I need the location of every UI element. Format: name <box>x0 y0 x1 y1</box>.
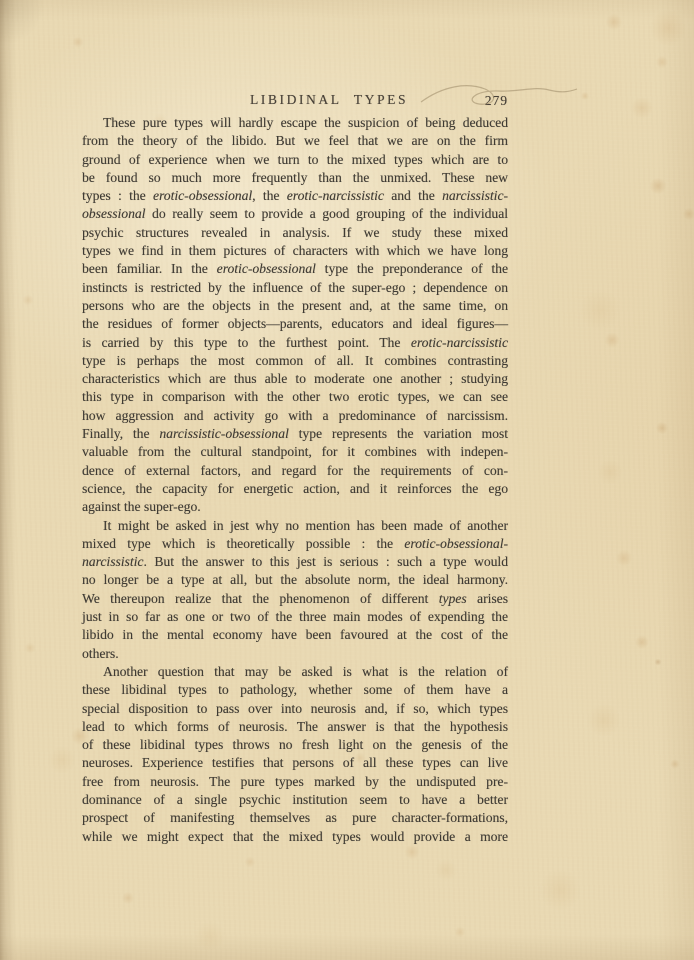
body-text: type the preponderance of the <box>316 261 508 276</box>
text-line: type is perhaps the most common of all. … <box>82 352 508 370</box>
text-line: narcissistic. But the answer to this jes… <box>82 553 508 571</box>
text-line: persons who are the objects in the prese… <box>82 297 508 315</box>
text-line: Another question that may be asked is wh… <box>82 663 508 681</box>
text-line: these libidinal types to pathology, whet… <box>82 681 508 699</box>
running-head: LIBIDINAL TYPES <box>116 92 542 108</box>
text-line: prospect of manifesting themselves as pu… <box>82 809 508 827</box>
body-text: is carried by this type to the furthest … <box>82 335 411 350</box>
text-line: It might be asked in jest why no mention… <box>82 517 508 535</box>
text-line: others. <box>82 645 508 663</box>
italic-text: erotic-obsessional- <box>404 536 508 551</box>
paragraph: It might be asked in jest why no mention… <box>82 517 508 663</box>
body-text: prospect of manifesting themselves as pu… <box>82 810 508 825</box>
italic-text: obsessional <box>82 206 145 221</box>
body-text: these libidinal types to pathology, whet… <box>82 682 508 697</box>
text-line: against the super-ego. <box>82 498 508 516</box>
body-text: others. <box>82 646 119 661</box>
body-text: this type in comparison with the other t… <box>82 389 508 404</box>
text-line: ground of experience when we turn to the… <box>82 151 508 169</box>
body-text: type represents the variation most <box>289 426 508 441</box>
text-line: lead to which forms of neurosis. The ans… <box>82 718 508 736</box>
text-line: special disposition to pass over into ne… <box>82 700 508 718</box>
body-text: instincts is restricted by the influence… <box>82 280 508 295</box>
body-text: persons who are the objects in the prese… <box>82 298 508 313</box>
italic-text: narcissistic- <box>442 188 508 203</box>
text-line: valuable from the cultural standpoint, f… <box>82 443 508 461</box>
text-block: These pure types will hardly escape the … <box>82 114 508 846</box>
body-text: Finally, the <box>82 426 159 441</box>
text-line: types : the erotic-obsessional, the erot… <box>82 187 508 205</box>
body-text: science, the capacity for energetic acti… <box>82 481 508 496</box>
text-line: from the theory of the libido. But we fe… <box>82 132 508 150</box>
italic-text: types <box>439 591 467 606</box>
italic-text: erotic-narcissistic <box>287 188 384 203</box>
body-text: how aggression and activity go with a pr… <box>82 408 508 423</box>
body-text: characteristics which are thus able to m… <box>82 371 508 386</box>
text-line: the residues of former objects—parents, … <box>82 315 508 333</box>
body-text: . But the answer to this jest is serious… <box>143 554 508 569</box>
body-text: types we find in them pictures of charac… <box>82 243 508 258</box>
italic-text: narcissistic-obsessional <box>159 426 288 441</box>
italic-text: erotic-obsessional <box>217 261 316 276</box>
body-text: psychic structures revealed in analysis.… <box>82 225 508 240</box>
body-text: of these libidinal types throws no fresh… <box>82 737 508 752</box>
text-line: free from neurosis. The pure types marke… <box>82 773 508 791</box>
text-line: how aggression and activity go with a pr… <box>82 407 508 425</box>
italic-text: erotic-narcissistic <box>411 335 508 350</box>
body-text: and the <box>384 188 442 203</box>
text-line: These pure types will hardly escape the … <box>82 114 508 132</box>
body-text: arises <box>467 591 508 606</box>
body-text: We thereupon realize that the phenomenon… <box>82 591 439 606</box>
body-text: special disposition to pass over into ne… <box>82 701 508 716</box>
body-text: types : the <box>82 188 153 203</box>
page-number: 279 <box>485 93 508 109</box>
text-line: of these libidinal types throws no fresh… <box>82 736 508 754</box>
text-line: no longer be a type at all, but the abso… <box>82 571 508 589</box>
body-text: mixed type which is theoretically possib… <box>82 536 404 551</box>
text-line: psychic structures revealed in analysis.… <box>82 224 508 242</box>
body-text: be found so much more frequently than th… <box>82 170 508 185</box>
text-line: libido in the mental economy have been f… <box>82 626 508 644</box>
paragraph: These pure types will hardly escape the … <box>82 114 508 517</box>
body-text: libido in the mental economy have been f… <box>82 627 508 642</box>
body-text: ground of experience when we turn to the… <box>82 152 508 167</box>
body-text: do really seem to provide a good groupin… <box>145 206 508 221</box>
body-text: free from neurosis. The pure types marke… <box>82 774 508 789</box>
body-text: These pure types will hardly escape the … <box>103 115 508 130</box>
body-text: type is perhaps the most common of all. … <box>82 353 508 368</box>
body-text: dence of external factors, and regard fo… <box>82 463 508 478</box>
book-page: LIBIDINAL TYPES 279 These pure types wil… <box>0 0 694 960</box>
text-line: dence of external factors, and regard fo… <box>82 462 508 480</box>
body-text: lead to which forms of neurosis. The ans… <box>82 719 508 734</box>
body-text: just in so far as one or two of the thre… <box>82 609 508 624</box>
text-line: just in so far as one or two of the thre… <box>82 608 508 626</box>
text-line: is carried by this type to the furthest … <box>82 334 508 352</box>
text-line: characteristics which are thus able to m… <box>82 370 508 388</box>
body-text: neuroses. Experience testifies that pers… <box>82 755 508 770</box>
body-text: dominance of a single psychic institutio… <box>82 792 508 807</box>
text-line: instincts is restricted by the influence… <box>82 279 508 297</box>
text-line: types we find in them pictures of charac… <box>82 242 508 260</box>
body-text: from the theory of the libido. But we fe… <box>82 133 508 148</box>
text-line: science, the capacity for energetic acti… <box>82 480 508 498</box>
text-line: Finally, the narcissistic-obsessional ty… <box>82 425 508 443</box>
text-line: mixed type which is theoretically possib… <box>82 535 508 553</box>
body-text: Another question that may be asked is wh… <box>103 664 508 679</box>
italic-text: narcissistic <box>82 554 143 569</box>
text-line: We thereupon realize that the phenomenon… <box>82 590 508 608</box>
body-text: against the super-ego. <box>82 499 201 514</box>
body-text: no longer be a type at all, but the abso… <box>82 572 508 587</box>
body-text: while we might expect that the mixed typ… <box>82 829 508 844</box>
text-line: neuroses. Experience testifies that pers… <box>82 754 508 772</box>
body-text: been familiar. In the <box>82 261 217 276</box>
text-line: this type in comparison with the other t… <box>82 388 508 406</box>
page-header: LIBIDINAL TYPES 279 <box>82 92 508 112</box>
text-line: been familiar. In the erotic-obsessional… <box>82 260 508 278</box>
text-line: obsessional do really seem to provide a … <box>82 205 508 223</box>
italic-text: erotic-obsessional <box>153 188 252 203</box>
body-text: the residues of former objects—parents, … <box>82 316 508 331</box>
paragraph: Another question that may be asked is wh… <box>82 663 508 846</box>
text-line: be found so much more frequently than th… <box>82 169 508 187</box>
text-line: dominance of a single psychic institutio… <box>82 791 508 809</box>
body-text: It might be asked in jest why no mention… <box>103 518 508 533</box>
text-line: while we might expect that the mixed typ… <box>82 828 508 846</box>
body-text: valuable from the cultural standpoint, f… <box>82 444 508 459</box>
body-text: , the <box>252 188 287 203</box>
